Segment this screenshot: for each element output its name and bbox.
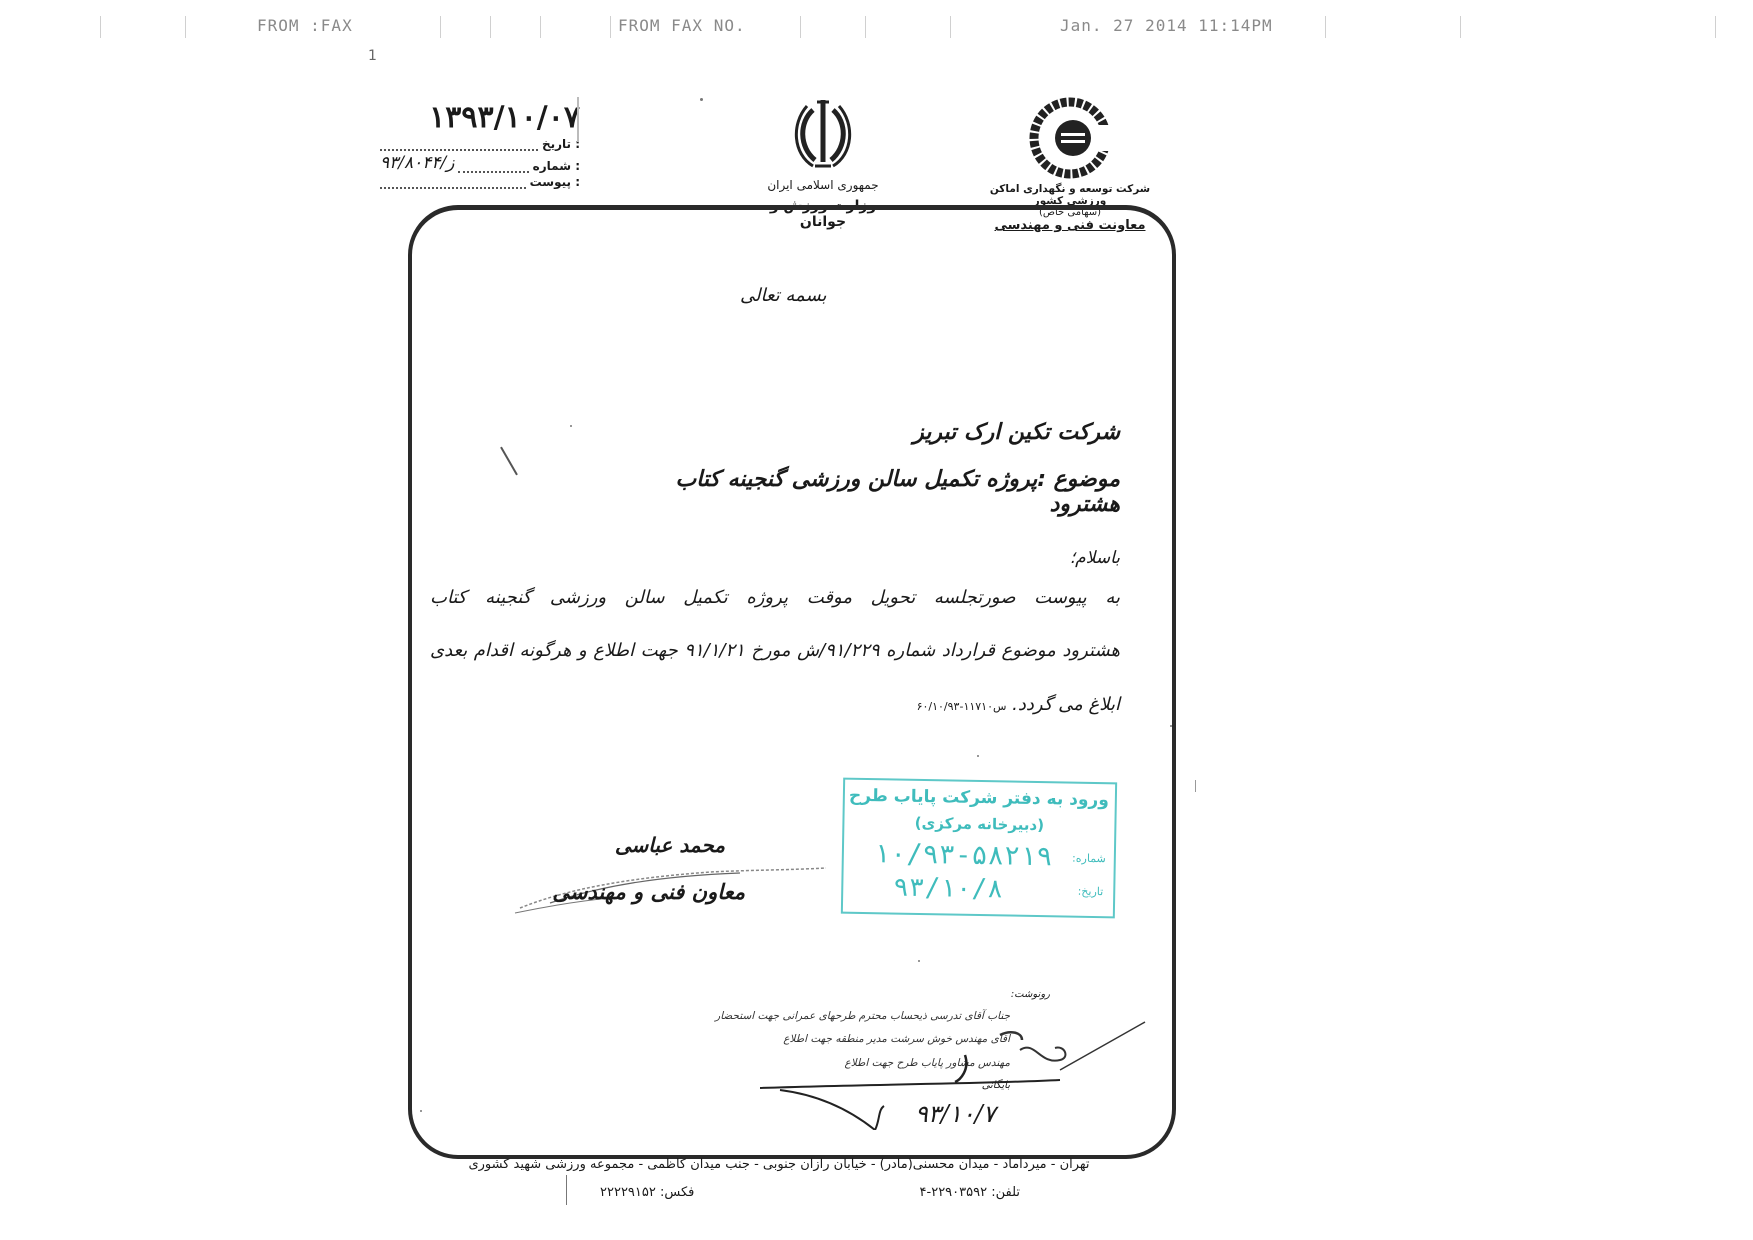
company-name: شرکت توسعه و نگهداری اماکن ورزشی کشور [970, 183, 1170, 207]
footer-contacts: فکس: ۲۲۲۲۹۱۵۲ تلفن: ۲۲۹۰۳۵۹۲-۴ [600, 1185, 1020, 1200]
phone-label: تلفن: [991, 1185, 1020, 1200]
greeting: باسلام؛ [1000, 548, 1120, 568]
subject: موضوع :پروژه تکمیل سالن ورزشی گنجینه کتا… [600, 467, 1120, 517]
letter-number-label: شماره : [533, 159, 580, 173]
date-value: ۱۳۹۳/۱۰/۰۷ [380, 100, 580, 135]
body-line: ابلاغ می گردد. س۱۱۷۱۰-۶۰/۱۰/۹۳ [430, 694, 1120, 715]
inline-reference: س۱۱۷۱۰-۶۰/۱۰/۹۳ [917, 700, 1007, 713]
date-label: تاریخ : [542, 137, 580, 151]
cc-label: رونوشت: [1000, 989, 1050, 1000]
footer-divider [566, 1175, 567, 1205]
stamp-date-label: تاریخ: [1078, 885, 1104, 898]
stamp-number-label: شماره: [1072, 852, 1106, 866]
stamp-title: ورود به دفتر شرکت پایاب طرح [849, 786, 1109, 811]
stamp-subtitle: (دبیرخانه مرکزی) [844, 813, 1114, 836]
phone-value: ۲۲۹۰۳۵۹۲-۴ [920, 1185, 988, 1200]
fax-label: فکس: [660, 1185, 694, 1200]
footer-phone: تلفن: ۲۲۹۰۳۵۹۲-۴ [920, 1185, 1020, 1200]
received-stamp: ورود به دفتر شرکت پایاب طرح (دبیرخانه مر… [841, 778, 1117, 919]
fax-timestamp: Jan. 27 2014 11:14PM [1060, 16, 1273, 35]
signer-title: معاون فنی و مهندسی [530, 880, 745, 904]
fax-from-label: FROM :FAX [257, 16, 353, 35]
footer-address: تهران - میرداماد - میدان محسنی(مادر) - خ… [445, 1157, 1113, 1172]
attachment-label: پیوست : [530, 175, 580, 189]
republic-name: جمهوری اسلامی ایران [748, 178, 898, 192]
fax-value: ۲۲۲۲۹۱۵۲ [600, 1185, 656, 1200]
stamp-date-value: ۹۳/۱۰/۸ [893, 873, 1003, 905]
handwritten-date: ۹۳/۱۰/۷ [915, 1100, 1035, 1128]
letter-meta: ۱۳۹۳/۱۰/۰۷ تاریخ : ۹۳/۸۰۴۴/ز شماره : پیو… [380, 100, 580, 189]
footer-fax: فکس: ۲۲۲۲۹۱۵۲ [600, 1185, 694, 1200]
fax-from-number-label: FROM FAX NO. [618, 16, 746, 35]
body-line: به پیوست صورتجلسه تحویل موقت پروژه تکمیل… [430, 587, 1120, 608]
fax-transmission-header: FROM :FAX FROM FAX NO. Jan. 27 2014 11:1… [0, 10, 1753, 40]
letter-number-value: ۹۳/۸۰۴۴/ز [380, 153, 454, 173]
page-marker: 1 [368, 48, 377, 64]
body-line: هشترود موضوع قرارداد شماره ۹۱/۲۲۹/ش مورخ… [430, 640, 1120, 661]
signer-name: محمد عباسی [575, 833, 725, 857]
iran-emblem-icon [793, 92, 853, 172]
body-line-text: ابلاغ می گردد. [1012, 694, 1120, 715]
recipient: شرکت تکین ارک تبریز [900, 420, 1120, 445]
stamp-number-value: ۱۰/۹۳-۵۸۲۱۹ [874, 838, 1053, 872]
company-logo-icon [1027, 95, 1113, 181]
basmala: بسمه تعالی [740, 285, 827, 306]
